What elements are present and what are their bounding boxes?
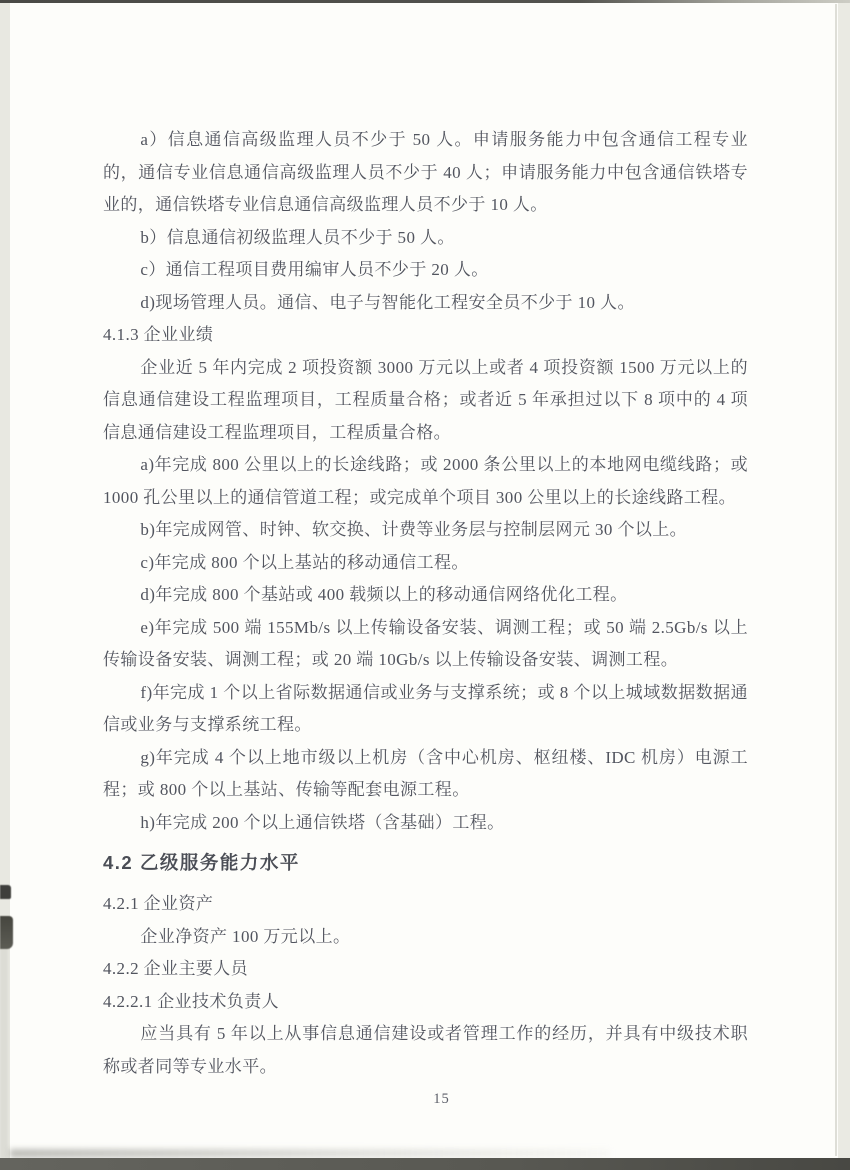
clause-c-cost-review-staff: c）通信工程项目费用编审人员不少于 20 人。	[103, 254, 748, 287]
performance-intro: 企业近 5 年内完成 2 项投资额 3000 万元以上或者 4 项投资额 150…	[103, 352, 748, 450]
heading-4-1-3-enterprise-performance: 4.1.3 企业业绩	[103, 319, 748, 352]
scan-top-edge-line	[0, 0, 850, 3]
scan-artifact-blob-lower	[0, 916, 13, 949]
heading-4-2-1-enterprise-assets: 4.2.1 企业资产	[103, 888, 748, 921]
performance-item-a-long-distance-lines: a)年完成 800 公里以上的长途线路；或 2000 条公里以上的本地网电缆线路…	[103, 449, 748, 514]
document-text-block: a）信息通信高级监理人员不少于 50 人。申请服务能力中包含通信工程专业的，通信…	[103, 124, 748, 1116]
clause-a-senior-supervisors: a）信息通信高级监理人员不少于 50 人。申请服务能力中包含通信工程专业的，通信…	[103, 124, 748, 222]
scan-artifact-blob-upper	[0, 885, 11, 899]
performance-item-f-data-support-systems: f)年完成 1 个以上省际数据通信或业务与支撑系统；或 8 个以上城域数据数据通…	[103, 677, 748, 742]
page-number: 15	[103, 1083, 748, 1116]
clause-b-junior-supervisors: b）信息通信初级监理人员不少于 50 人。	[103, 222, 748, 255]
performance-item-h-communication-towers: h)年完成 200 个以上通信铁塔（含基础）工程。	[103, 807, 748, 840]
heading-4-2-grade-b-service-capability: 4.2 乙级服务能力水平	[103, 846, 748, 879]
para-net-assets: 企业净资产 100 万元以上。	[103, 921, 748, 954]
scan-edge-right	[838, 0, 850, 1170]
para-technical-leader-requirements: 应当具有 5 年以上从事信息通信建设或者管理工作的经历，并具有中级技术职称或者同…	[103, 1018, 748, 1083]
scan-right-fold-line	[835, 4, 837, 1156]
performance-item-d-network-optimization: d)年完成 800 个基站或 400 载频以上的移动通信网络优化工程。	[103, 579, 748, 612]
performance-item-g-power-engineering: g)年完成 4 个以上地市级以上机房（含中心机房、枢纽楼、IDC 机房）电源工程…	[103, 742, 748, 807]
scan-bottom-smear	[10, 1149, 610, 1158]
heading-4-2-2-key-personnel: 4.2.2 企业主要人员	[103, 953, 748, 986]
performance-item-e-transmission-equipment: e)年完成 500 端 155Mb/s 以上传输设备安装、调测工程；或 50 端…	[103, 612, 748, 677]
heading-4-2-2-1-technical-leader: 4.2.2.1 企业技术负责人	[103, 986, 748, 1019]
performance-item-b-network-elements: b)年完成网管、时钟、软交换、计费等业务层与控制层网元 30 个以上。	[103, 514, 748, 547]
scan-bottom-edge-band	[0, 1158, 850, 1170]
scan-left-shadow	[0, 948, 8, 1158]
performance-item-c-base-stations: c)年完成 800 个以上基站的移动通信工程。	[103, 547, 748, 580]
clause-d-site-management-staff: d)现场管理人员。通信、电子与智能化工程安全员不少于 10 人。	[103, 287, 748, 320]
scanned-document-page: a）信息通信高级监理人员不少于 50 人。申请服务能力中包含通信工程专业的，通信…	[0, 0, 850, 1170]
